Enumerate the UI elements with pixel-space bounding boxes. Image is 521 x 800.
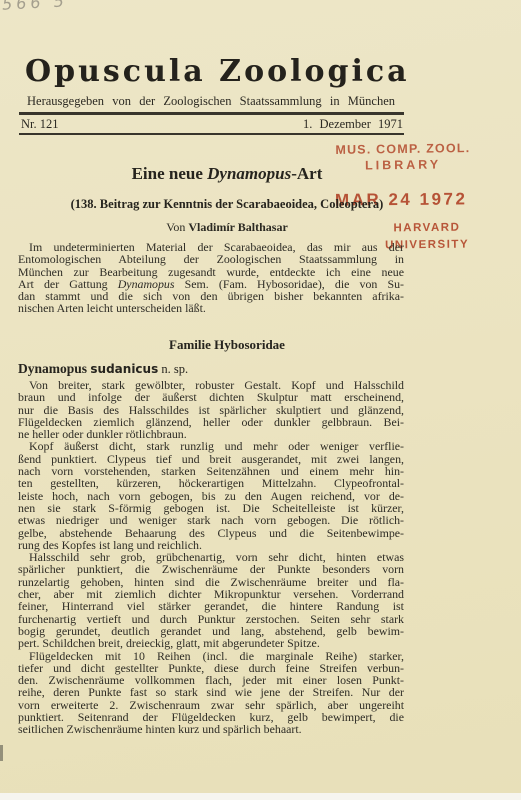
article-title-post: -Art — [291, 164, 322, 183]
article-title: Eine neue Dynamopus-Art — [18, 164, 420, 184]
divider-rule-bottom — [19, 133, 404, 135]
issue-row: Nr. 121 1. Dezember 1971 — [21, 117, 403, 132]
text-line: ten gestellten, kürzeren, höckerartigen … — [18, 477, 404, 489]
article-title-genus: Dynamopus — [207, 164, 291, 183]
scan-bottom-margin — [0, 793, 521, 800]
paragraph: Kopf äußerst dicht, stark runzlig und me… — [18, 440, 404, 551]
text-line: pert. Schildchen breit, dreieckig, glatt… — [18, 637, 404, 649]
issue-number: Nr. 121 — [21, 117, 59, 132]
family-heading: Familie Hybosoridae — [18, 337, 420, 353]
divider-rule-top — [19, 112, 404, 115]
paragraph: Von breiter, stark gewölbter, robuster G… — [18, 379, 404, 440]
text-line: nischen Arten leicht unterscheiden läßt. — [18, 302, 404, 314]
text-line: feiner, Hinterrand viel stärker gerandet… — [18, 600, 404, 612]
text-line: gelbe, abstehende Behaarung des Clypeus … — [18, 527, 404, 539]
text-line: braun und infolge der äußerst dichten Sk… — [18, 391, 404, 403]
paragraph: Flügeldecken mit 10 Reihen (incl. die ma… — [18, 650, 404, 736]
text-line: seitlichen Zwischenräume hinten kurz und… — [18, 723, 404, 735]
scan-edge-artifact — [0, 745, 3, 761]
species-heading: Dynamopus sudanicus n. sp. — [18, 361, 188, 377]
text-line: Kopf äußerst dicht, stark runzlig und me… — [18, 440, 404, 452]
article-title-pre: Eine neue — [132, 164, 208, 183]
pencil-annotation: 566 5 — [2, 0, 69, 14]
journal-publisher-line: Herausgegeben von der Zoologischen Staat… — [27, 94, 395, 109]
text-line: reihe, deren Punkte fast so stark sind w… — [18, 686, 404, 698]
species-suffix: n. sp. — [158, 362, 188, 376]
text-line: etwas niedriger und weniger stark nach v… — [18, 514, 404, 526]
species-genus: Dynamopus — [18, 361, 87, 376]
journal-title: Opuscula Zoologica — [25, 54, 410, 89]
intro-paragraph: Im undeterminierten Material der Scaraba… — [18, 241, 404, 315]
species-epithet: sudanicus — [90, 362, 158, 376]
description-paragraphs: Von breiter, stark gewölbter, robuster G… — [18, 379, 404, 736]
text-line: Entomologischen Abteilung der Zoologisch… — [18, 253, 404, 265]
article-subtitle: (138. Beitrag zur Kenntnis der Scarabaeo… — [18, 197, 420, 212]
byline: Von Vladimír Balthasar — [18, 220, 420, 235]
text-line: spärlicher punktiert, die Zwischenräume … — [18, 563, 404, 575]
library-stamp-line1: MUS. COMP. ZOOL. — [315, 141, 491, 159]
scanned-journal-page: 566 5 Opuscula Zoologica Herausgegeben v… — [0, 0, 521, 800]
byline-prefix: Von — [166, 220, 188, 234]
text-line: Flügeldecken mit 10 Reihen (incl. die ma… — [18, 650, 404, 662]
paragraph: Halsschild sehr grob, grübchenartig, vor… — [18, 551, 404, 649]
issue-date: 1. Dezember 1971 — [303, 117, 403, 132]
author-name: Vladimír Balthasar — [188, 220, 287, 234]
